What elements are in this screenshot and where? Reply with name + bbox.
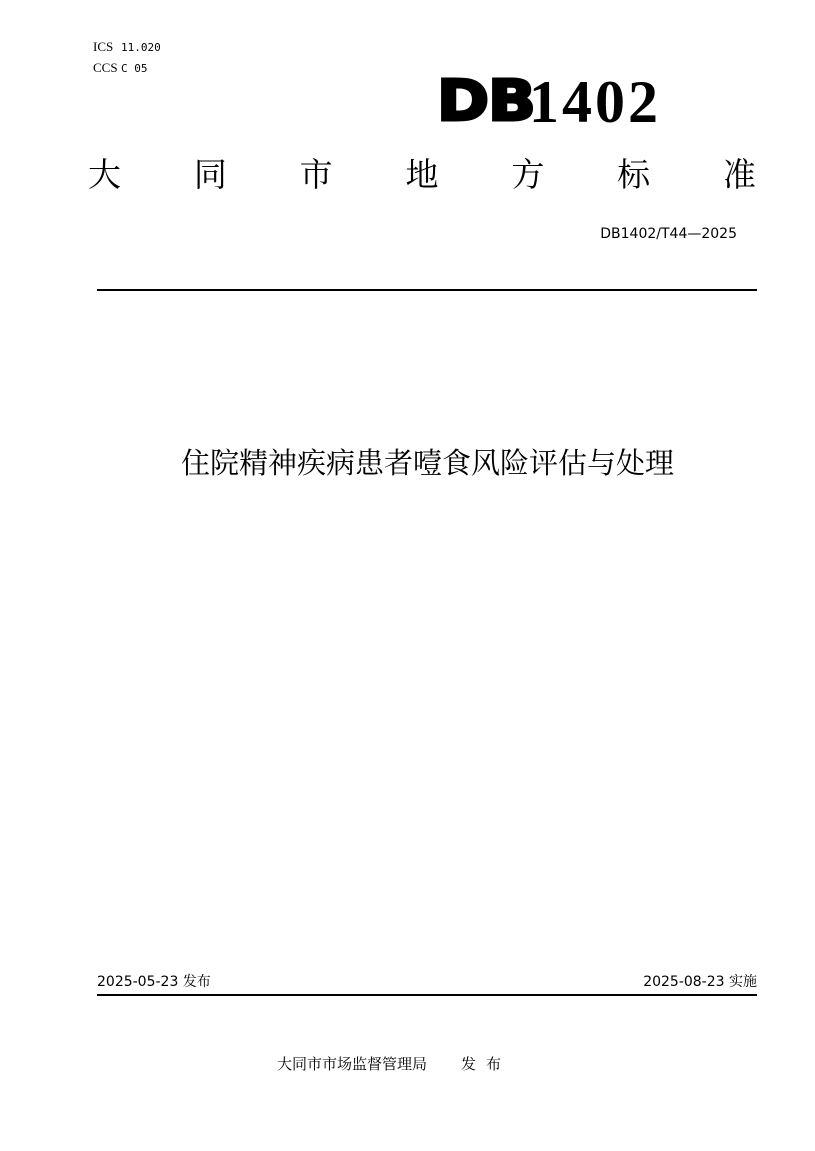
standard-type-char: 标 [617,155,650,195]
standard-type-char: 准 [723,155,756,195]
publisher: 大同市市场监督管理局发布 [277,1054,511,1074]
classification-codes: ICS11.020 CCSC 05 [93,40,161,76]
standard-mark-code: 1402 [529,76,661,128]
publisher-name: 大同市市场监督管理局 [277,1055,427,1073]
ccs-value: C 05 [121,62,148,75]
standard-type-heading: 大 同 市 地 方 标 准 [88,155,756,195]
standard-type-char: 市 [300,155,333,195]
publish-date: 2025-05-23 发布 [97,973,211,991]
top-divider [97,289,757,291]
ics-value: 11.020 [121,41,161,54]
publisher-action: 发布 [461,1055,511,1073]
ics-code: ICS11.020 [93,40,161,55]
standard-type-char: 地 [405,155,438,195]
standard-type-char: 方 [511,155,544,195]
standard-type-char: 同 [194,155,227,195]
ics-label: ICS [93,40,121,54]
standard-mark-prefix: DB [437,76,540,128]
document-title: 住院精神疾病患者噎食风险评估与处理 [0,443,815,483]
standard-number: DB1402/T44—2025 [600,225,737,243]
standard-type-char: 大 [88,155,121,195]
bottom-divider [97,994,757,996]
ccs-code: CCSC 05 [93,61,161,76]
ccs-label: CCS [93,61,121,75]
standard-mark: DB 1402 [437,72,661,128]
implement-date: 2025-08-23 实施 [643,973,757,991]
